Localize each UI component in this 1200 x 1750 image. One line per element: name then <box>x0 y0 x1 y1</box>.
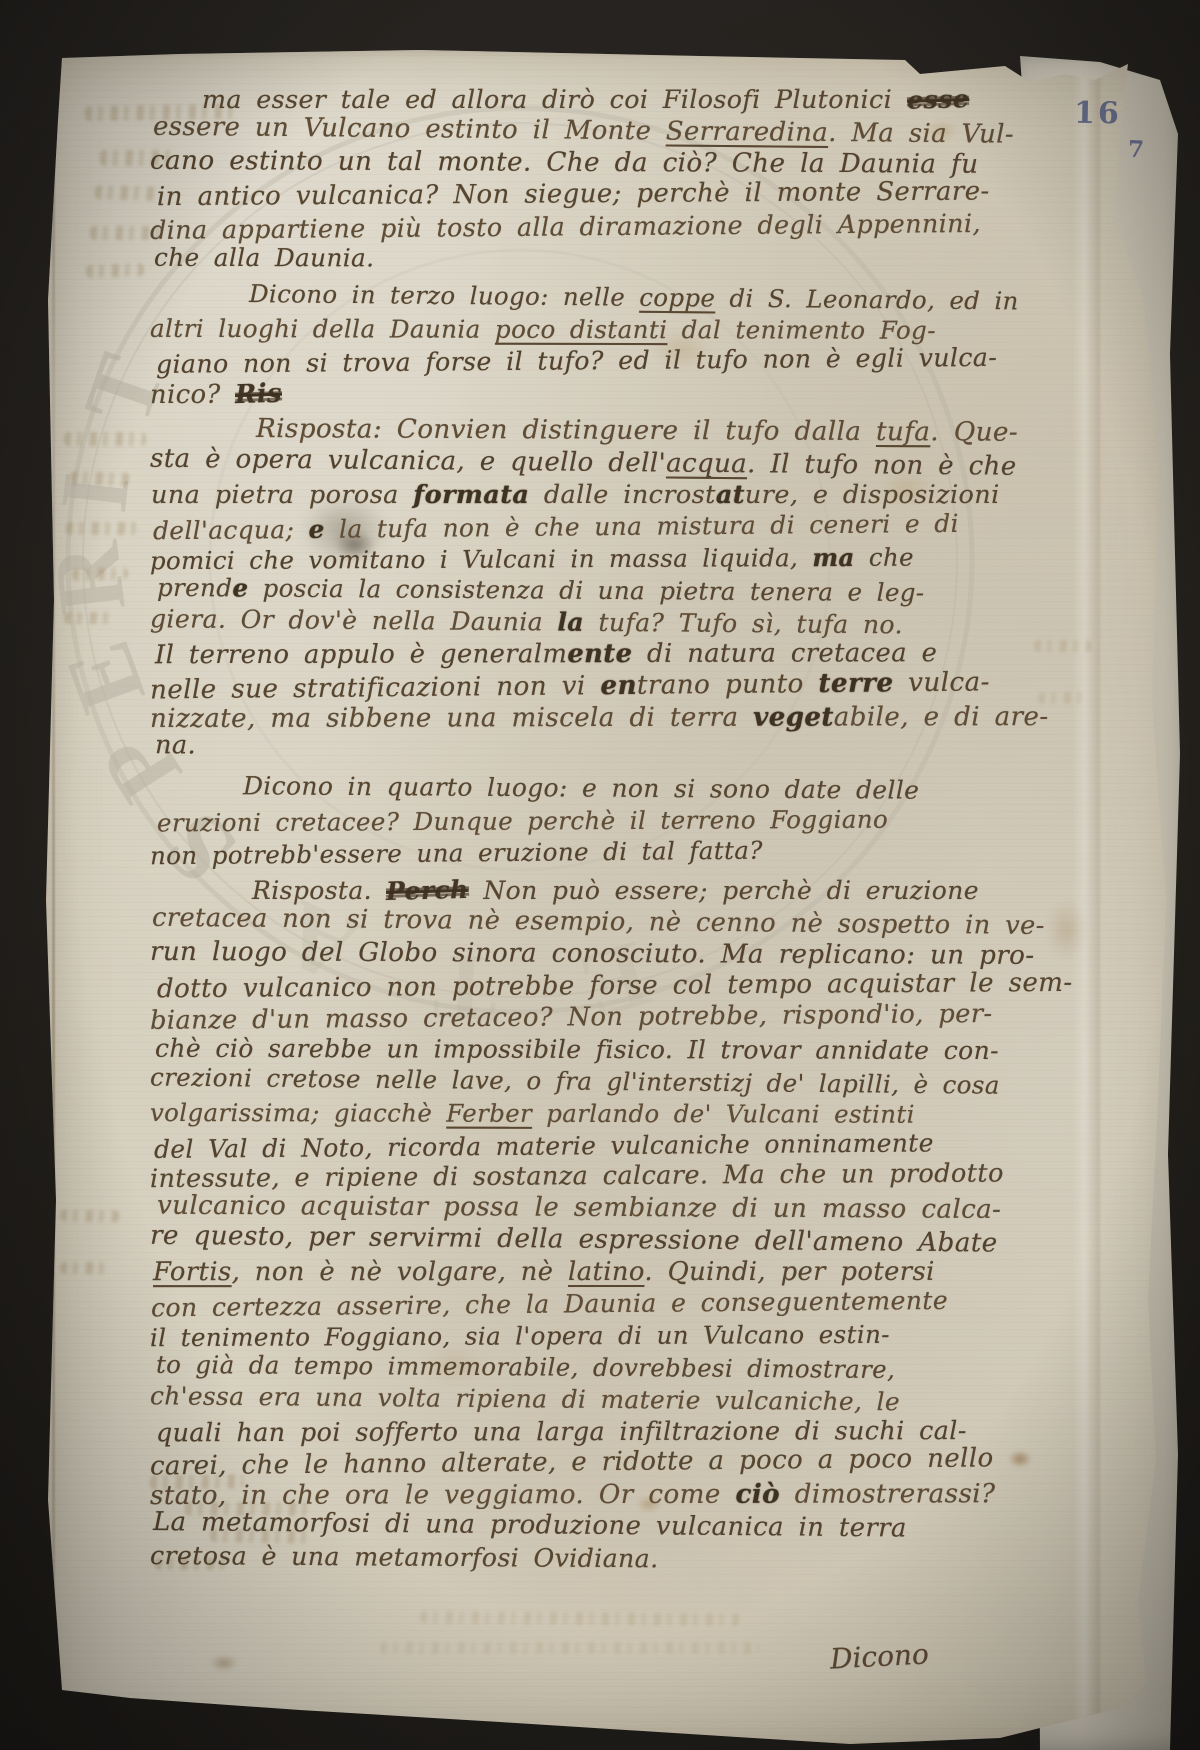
text-segment: parlando de' Vulcani estinti <box>532 1099 915 1129</box>
manuscript-line: Dicono in quarto luogo: e non si sono da… <box>243 770 1080 807</box>
text-segment: ciò <box>735 1479 780 1510</box>
text-segment: poscia la consistenza di una pietra tene… <box>248 573 924 607</box>
bleed-through-mark <box>95 185 157 201</box>
manuscript-line: Risposta: Convien distinguere il tufo da… <box>256 414 1080 450</box>
underlined-word: tufa <box>876 417 930 447</box>
bleed-through-mark <box>60 1262 110 1274</box>
stamp-letter: R <box>34 535 146 619</box>
text-segment: la tufa non è che una mistura di ceneri … <box>324 509 958 544</box>
text-segment: nelle sue stratificazioni non vi <box>150 671 601 705</box>
manuscript-line: crezioni cretose nelle lave, o fra gl'in… <box>150 1061 1080 1102</box>
text-segment: cretosa è una metamorfosi Ovidiana. <box>150 1541 659 1573</box>
text-segment: Non può essere; perchè di eruzione <box>469 876 979 905</box>
text-segment: ma <box>812 543 855 572</box>
text-segment: dimostrerassi? <box>780 1479 996 1509</box>
manuscript-line: stato, in che ora le veggiamo. Or come c… <box>150 1478 1080 1512</box>
text-segment: Risposta. <box>252 876 386 905</box>
text-segment: una pietra porosa <box>151 480 413 510</box>
text-segment: tufa? Tufo sì, tufa no. <box>584 607 903 639</box>
manuscript-line: volgarissima; giacchè Ferber parlando de… <box>150 1097 1080 1131</box>
text-segment: ure, e disposizioni <box>745 479 1000 509</box>
text-segment: Dicono in quarto luogo: e non si sono da… <box>243 771 920 804</box>
text-segment: giano non si trova forse il tufo? ed il … <box>156 343 997 379</box>
text-segment: . Ma sia Vul- <box>828 118 1014 150</box>
text-segment: bianze d'un masso cretaceo? Non potrebbe… <box>150 999 993 1036</box>
text-segment: re questo, per servirmi della espression… <box>150 1221 998 1259</box>
text-segment: dell'acqua; <box>152 515 308 545</box>
text-segment: essere un Vulcano estinto il Monte <box>153 112 666 147</box>
stamp-letter: E <box>43 629 165 726</box>
text-segment: dalle incrost <box>529 480 715 510</box>
text-segment: cretacea non si trova nè esempio, nè cen… <box>151 903 1044 941</box>
text-segment: sta è opera vulcanica, e quello dell' <box>150 443 666 478</box>
text-segment: con certezza asserire, che la Daunia e c… <box>150 1286 947 1323</box>
struck-word: esse <box>906 83 969 116</box>
text-segment: il tenimento Foggiano, sia l'opera di un… <box>150 1320 890 1352</box>
text-segment: . Quindi, per potersi <box>644 1257 934 1287</box>
manuscript-line: giera. Or dov'è nella Daunia la tufa? Tu… <box>150 603 1080 642</box>
text-segment: Risposta: Convien distinguere il tufo da… <box>256 414 876 447</box>
bleed-through-mark <box>60 1209 120 1222</box>
text-segment: vulcanico acquistar possa le sembianze d… <box>157 1191 1001 1225</box>
manuscript-line: run luogo del Globo sinora conosciuto. M… <box>150 937 1080 973</box>
stamp-letter: I <box>39 468 150 517</box>
manuscript-line: nizzate, ma sibbene una miscela di terra… <box>150 701 1080 735</box>
text-segment: quali han poi sofferto una larga infiltr… <box>156 1415 967 1447</box>
text-segment: stato, in che ora le veggiamo. Or come <box>150 1480 736 1511</box>
text-segment: na. <box>155 730 196 760</box>
text-segment: formata <box>413 480 529 510</box>
underlined-word: coppe <box>640 283 716 313</box>
bleed-through-mark <box>70 471 130 486</box>
text-segment: intessute, e ripiene di sostanza calcare… <box>150 1159 1004 1195</box>
underlined-word: poco distanti <box>495 314 668 343</box>
manuscript-line: pomici che vomitano i Vulcani in massa l… <box>150 541 1080 577</box>
manuscript-line: non potrebb'essere una eruzione di tal f… <box>150 832 1080 872</box>
catchword: Dicono <box>829 1637 929 1675</box>
text-segment: ente <box>567 639 632 669</box>
underlined-word: acqua <box>666 448 747 479</box>
manuscript-line: bianze d'un masso cretaceo? Non potrebbe… <box>150 998 1080 1037</box>
manuscript-line: na. <box>155 730 1080 770</box>
text-segment: pomici che vomitano i Vulcani in massa l… <box>150 543 812 575</box>
manuscript-line: ch'essa era una volta ripiena di materie… <box>150 1380 1080 1419</box>
edge-page-number: 7 <box>1128 136 1145 164</box>
bleed-through-mark <box>86 263 144 278</box>
text-segment: e <box>232 573 248 602</box>
manuscript-line: Fortis, non è nè volgare, nè latino. Qui… <box>153 1257 1080 1289</box>
text-segment: giera. Or dov'è nella Daunia <box>150 604 558 636</box>
bleed-through-mark <box>64 612 116 624</box>
text-segment: dal tenimento Fog- <box>667 315 936 345</box>
underlined-word: Fortis <box>153 1257 232 1287</box>
text-segment: nizzate, ma sibbene una miscela di terra <box>150 703 753 734</box>
text-segment: to già da tempo immemorabile, dovrebbesi… <box>156 1350 895 1384</box>
underlined-word: latino <box>568 1257 644 1287</box>
photograph-background: 7 TIREPSATE <box>0 0 1200 1750</box>
text-segment: la <box>557 606 584 636</box>
text-segment: in antico vulcanica? Non siegue; perchè … <box>157 177 990 213</box>
struck-word: Perch <box>386 874 469 908</box>
manuscript-line: Dicono in terzo luogo: nelle coppe di S.… <box>249 278 1080 318</box>
text-segment: eruzioni cretacee? Dunque perchè il terr… <box>157 804 888 837</box>
text-segment: dotto vulcanico non potrebbe forse col t… <box>157 967 1073 1003</box>
bleed-through-mark <box>66 522 138 535</box>
manuscript-page: TIREPSATE 16 <box>34 50 1184 1750</box>
bleed-through-mark <box>420 1611 740 1627</box>
text-segment: crezioni cretose nelle lave, o fra gl'in… <box>150 1062 1000 1099</box>
text-segment: abile, e di are- <box>834 702 1049 732</box>
text-segment: cano estinto un tal monte. Che da ciò? C… <box>150 145 979 179</box>
folio-number: 16 <box>1074 96 1122 132</box>
page-crease <box>52 50 55 1750</box>
manuscript-line: che alla Daunia. <box>154 242 1080 276</box>
text-segment: che <box>855 543 914 572</box>
manuscript-line: una pietra porosa formata dalle incrosta… <box>151 479 1080 511</box>
text-segment: chè ciò sarebbe un impossibile fisico. I… <box>155 1034 999 1065</box>
manuscript-line: nico? Ris <box>150 374 1080 412</box>
text-segment: terre <box>818 668 893 700</box>
text-segment: di S. Leonardo, ed in <box>716 283 1020 315</box>
text-segment: nico? <box>150 380 235 411</box>
manuscript-line: dina appartiene più tosto alla diramazio… <box>150 207 1080 247</box>
text-segment: vulca- <box>893 668 990 699</box>
underlined-word: Ferber <box>446 1098 532 1127</box>
text-segment: prend <box>157 573 233 603</box>
text-segment: trano punto <box>637 669 819 701</box>
text-segment: dina appartiene più tosto alla diramazio… <box>150 208 981 245</box>
text-segment: di natura cretacea e <box>632 638 937 669</box>
manuscript-line: cretosa è una metamorfosi Ovidiana. <box>150 1540 1080 1578</box>
bleed-through-mark <box>72 567 128 580</box>
text-segment: che alla Daunia. <box>154 243 375 273</box>
text-segment: . Que- <box>931 417 1019 447</box>
manuscript-line: re questo, per servirmi della espression… <box>150 1221 1080 1261</box>
text-segment: non potrebb'essere una eruzione di tal f… <box>150 836 763 871</box>
text-segment: Il terreno appulo è generalm <box>155 639 567 670</box>
text-segment: carei, che le hanno alterate, e ridotte … <box>150 1444 994 1482</box>
text-segment: volgarissima; giacchè <box>150 1098 446 1128</box>
text-segment: ma esser tale ed allora dirò coi Filosof… <box>202 85 907 114</box>
text-segment: del Val di Noto, ricorda materie vulcani… <box>154 1128 934 1164</box>
text-segment: . Il tufo non è che <box>747 449 1017 481</box>
stain <box>210 1655 238 1671</box>
text-segment: altri luoghi della Daunia <box>150 313 495 343</box>
text-segment: e <box>308 515 324 544</box>
underlined-word: Serraredina <box>666 116 829 148</box>
text-segment: at <box>716 480 745 510</box>
manuscript-line: ma esser tale ed allora dirò coi Filosof… <box>202 84 1080 116</box>
text-segment: , non è nè volgare, nè <box>232 1257 568 1287</box>
text-segment: ch'essa era una volta ripiena di materie… <box>150 1381 900 1416</box>
bleed-through-mark <box>64 432 146 446</box>
text-segment: veget <box>753 702 834 733</box>
struck-word: Ris <box>235 379 283 412</box>
manuscript-line: sta è opera vulcanica, e quello dell'acq… <box>150 443 1080 483</box>
text-segment: run luogo del Globo sinora conosciuto. M… <box>150 937 1035 971</box>
manuscript-line: Risposta. Perch Non può essere; perchè d… <box>252 875 1080 907</box>
text-segment: Dicono in terzo luogo: nelle <box>249 279 640 312</box>
manuscript-text: ma esser tale ed allora dirò coi Filosof… <box>150 84 1080 1575</box>
text-segment: en <box>600 670 637 701</box>
bleed-through-mark <box>380 1642 760 1654</box>
text-segment: La metamorfosi di una produzione vulcani… <box>153 1507 907 1543</box>
